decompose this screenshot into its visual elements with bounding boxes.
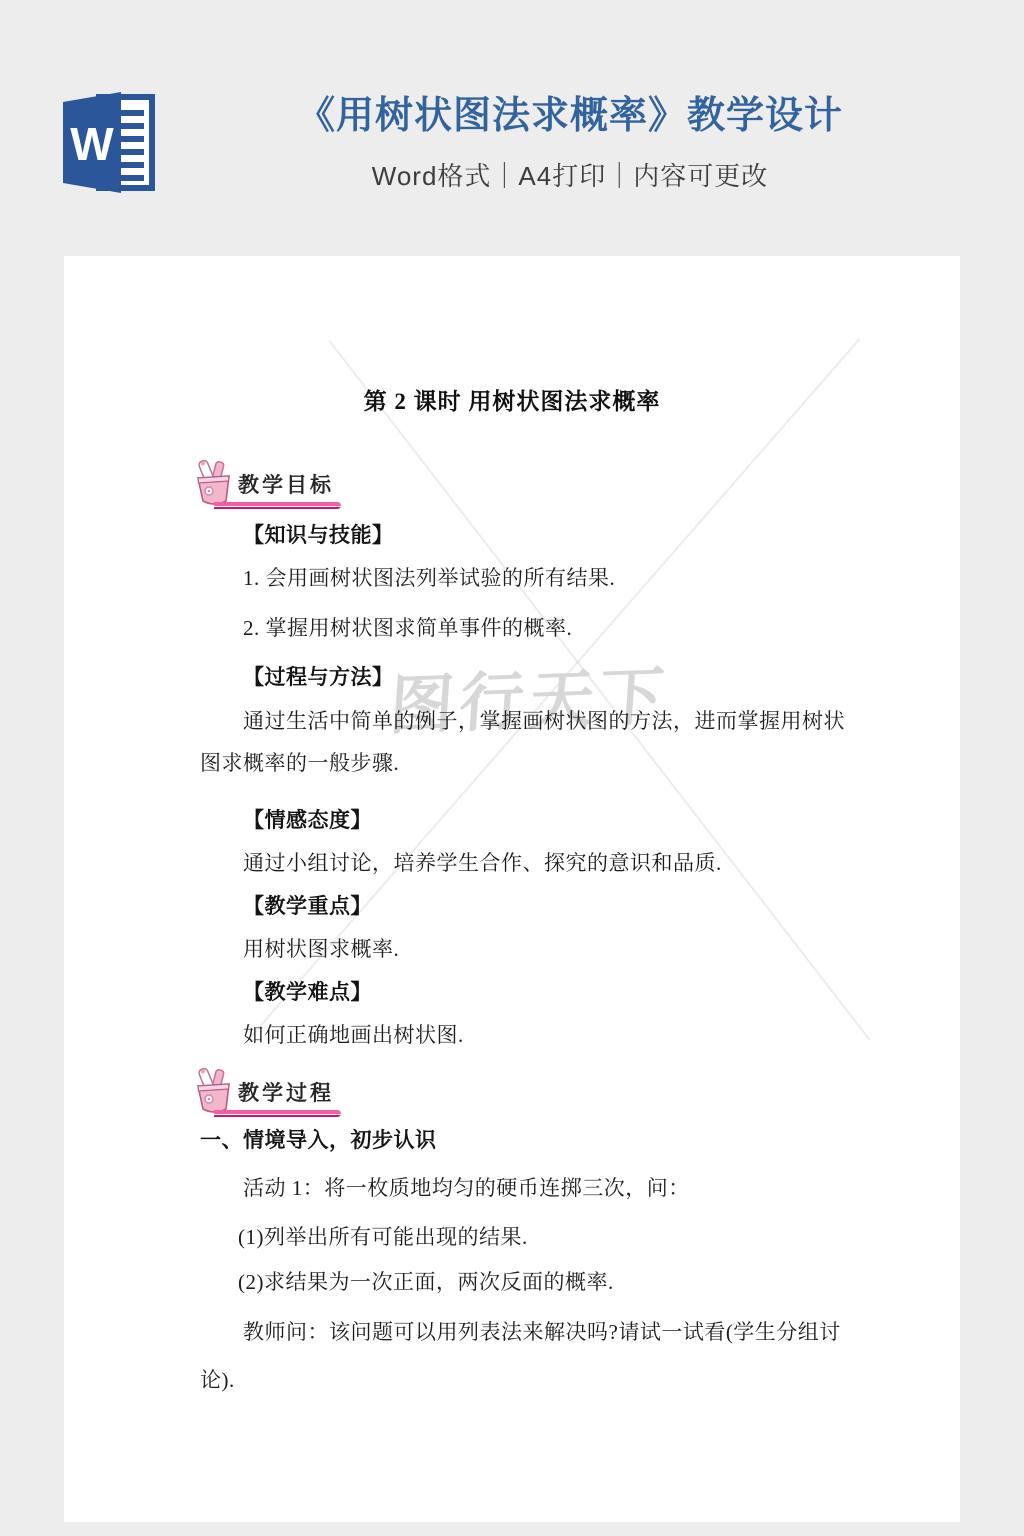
- page-title: 第 2 课时 用树状图法求概率: [64, 383, 960, 416]
- word-letter: W: [70, 118, 114, 170]
- doc-line: 活动 1：将一枚质地均匀的硬币连掷三次，问：: [243, 1172, 690, 1202]
- doc-line: 论).: [200, 1364, 235, 1394]
- pencil-cup-icon: [195, 458, 233, 506]
- section-header-underline: [214, 502, 341, 509]
- word-file-icon: W: [63, 90, 155, 195]
- banner-text: 《用树状图法求概率》教学设计 Word格式｜A4打印｜内容可更改: [150, 94, 990, 193]
- doc-line: 用树状图求概率.: [243, 933, 399, 963]
- section-header-underline: [214, 1110, 341, 1117]
- banner-subtitle: Word格式｜A4打印｜内容可更改: [150, 156, 990, 193]
- doc-subheading: 【过程与方法】: [243, 661, 394, 691]
- doc-subheading: 【知识与技能】: [243, 519, 394, 549]
- doc-line: 1. 会用画树状图法列举试验的所有结果.: [243, 562, 615, 592]
- section-header-goals: 教学目标: [195, 458, 425, 514]
- section-header-label: 教学过程: [238, 1077, 334, 1107]
- section-header-label: 教学目标: [238, 469, 334, 499]
- doc-subheading: 【情感态度】: [243, 804, 372, 834]
- doc-subheading: 一、情境导入，初步认识: [200, 1124, 437, 1154]
- doc-line: 图求概率的一般步骤.: [200, 747, 399, 777]
- doc-line: 教师问：该问题可以用列表法来解决吗?请试一试看(学生分组讨: [243, 1316, 841, 1346]
- doc-subheading: 【教学重点】: [243, 890, 372, 920]
- doc-line: 通过小组讨论，培养学生合作、探究的意识和品质.: [243, 847, 722, 877]
- banner-title: 《用树状图法求概率》教学设计: [150, 94, 990, 140]
- section-header-process: 教学过程: [195, 1066, 425, 1122]
- banner: W 《用树状图法求概率》教学设计 Word格式｜A4打印｜内容可更改: [0, 0, 1024, 256]
- pencil-cup-icon: [195, 1066, 233, 1114]
- doc-subheading: 【教学难点】: [243, 976, 372, 1006]
- screen: W 《用树状图法求概率》教学设计 Word格式｜A4打印｜内容可更改 图行天下 …: [0, 0, 1024, 1536]
- doc-line: (1)列举出所有可能出现的结果.: [238, 1221, 528, 1251]
- document-page: 图行天下 第 2 课时 用树状图法求概率 教学目标: [64, 256, 960, 1522]
- doc-line: 2. 掌握用树状图求简单事件的概率.: [243, 612, 572, 642]
- doc-line: 通过生活中简单的例子，掌握画树状图的方法，进而掌握用树状: [243, 705, 845, 735]
- doc-line: (2)求结果为一次正面，两次反面的概率.: [238, 1266, 614, 1296]
- doc-line: 如何正确地画出树状图.: [243, 1019, 464, 1049]
